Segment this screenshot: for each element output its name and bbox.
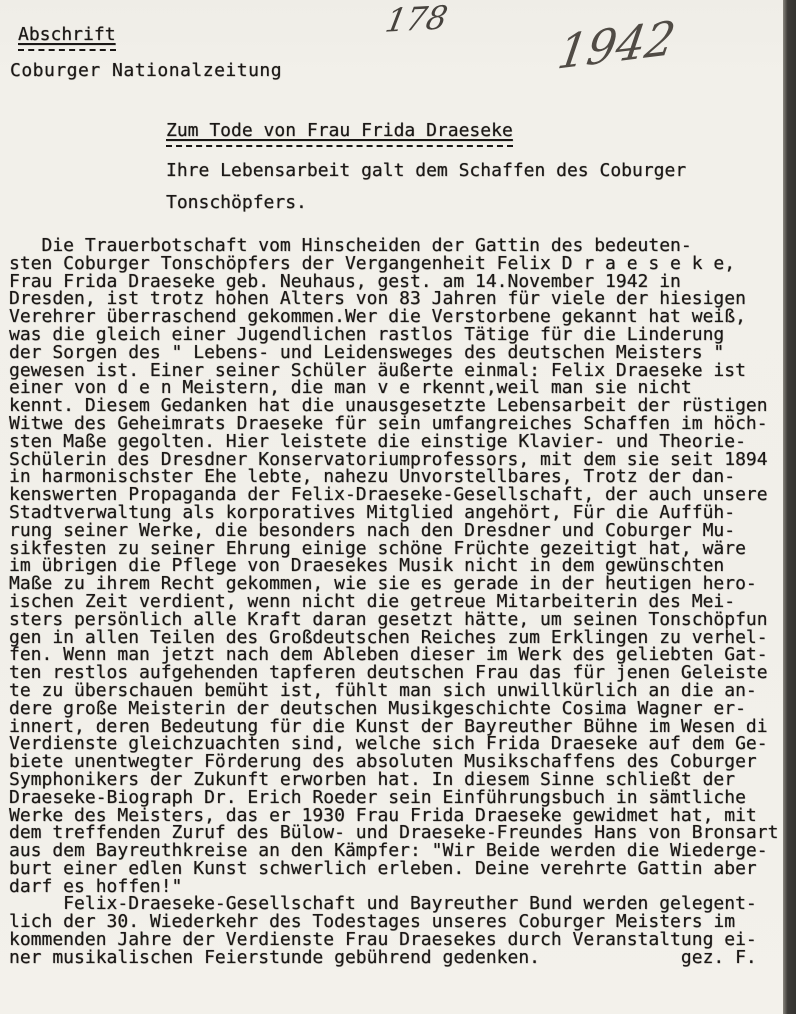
scan-dark-edge xyxy=(783,0,796,1014)
handwritten-page-number: 178 xyxy=(382,0,450,40)
article-body-text: Die Trauerbotschaft vom Hinscheiden der … xyxy=(9,237,778,967)
scanned-document-page: { "annotations": { "page_number": "178",… xyxy=(0,0,796,1014)
newspaper-name: Coburger Nationalzeitung xyxy=(10,60,282,81)
handwritten-year-annotation: 1942 xyxy=(554,10,679,80)
copy-label: Abschrift xyxy=(18,24,116,51)
article-subtitle: Ihre Lebensarbeit galt dem Schaffen des … xyxy=(166,155,686,219)
copy-label-text: Abschrift xyxy=(18,24,116,51)
article-title: Zum Tode von Frau Frida Draeseke xyxy=(166,120,513,147)
document-page: 178 1942 Abschrift Coburger Nationalzeit… xyxy=(0,0,796,1014)
article-title-text: Zum Tode von Frau Frida Draeseke xyxy=(166,120,513,147)
